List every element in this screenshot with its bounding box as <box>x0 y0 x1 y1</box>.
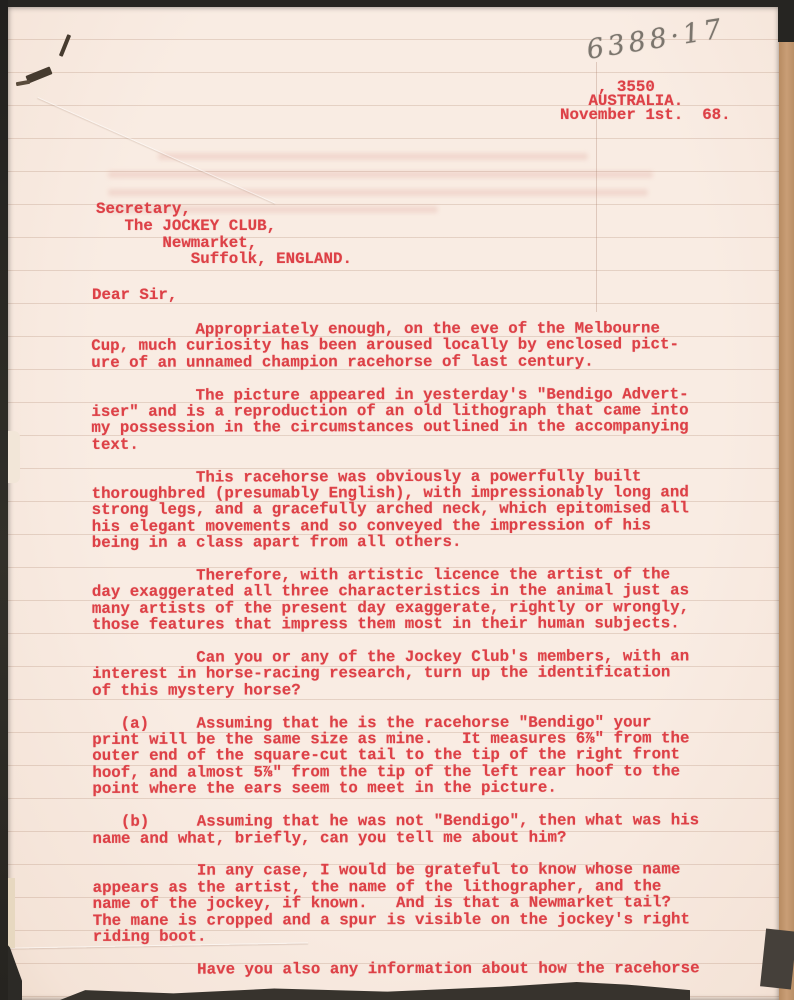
letter-paragraph: (b) Assuming that he was not "Bendigo", … <box>92 812 752 847</box>
letter-paragraph: Can you or any of the Jockey Club's memb… <box>92 648 752 699</box>
letter-line: riding boot. <box>93 927 753 945</box>
letter-paragraph: This racehorse was obviously a powerfull… <box>92 468 752 552</box>
letter-line: name and what, briefly, can you tell me … <box>92 829 752 847</box>
letter-dateline: , 3550 AUSTRALIA.November 1st. 68. <box>560 81 731 122</box>
address-line: Newmarket, <box>96 235 352 252</box>
letter-line: Cup, much curiosity has been aroused loc… <box>91 337 751 355</box>
staple-mark <box>16 80 30 86</box>
scan-background-edge <box>0 0 8 1000</box>
salutation: Dear Sir, <box>92 287 177 303</box>
letter-line: my possession in the circumstances outli… <box>91 419 751 437</box>
letter-line: being in a class apart from all others. <box>92 533 752 551</box>
ink-bleed-ghost <box>108 171 653 178</box>
recipient-address: Secretary, The JOCKEY CLUB, Newmarket, S… <box>96 201 352 268</box>
letter-line: strong legs, and a gracefully arched nec… <box>92 501 752 519</box>
letter-line: text. <box>91 435 751 453</box>
letter-line: of this mystery horse? <box>92 681 752 699</box>
address-line: Secretary, <box>96 201 352 218</box>
letter-paragraph: Appropriately enough, on the eve of the … <box>91 320 751 371</box>
letter-paragraph: (a) Assuming that he is the racehorse "B… <box>92 714 752 798</box>
scan-background-edge <box>0 0 794 7</box>
address-line: Suffolk, ENGLAND. <box>96 251 352 268</box>
scan-background-edge <box>778 0 794 42</box>
letter-line: (b) Assuming that he was not "Bendigo", … <box>92 812 752 830</box>
letter-body: Appropriately enough, on the eve of the … <box>91 320 753 978</box>
pencil-tick-mark <box>59 34 71 57</box>
address-line: The JOCKEY CLUB, <box>96 218 352 235</box>
letter-paragraph: Have you also any information about how … <box>93 960 753 978</box>
ink-bleed-ghost <box>108 189 648 196</box>
letter-line: ure of an unnamed champion racehorse of … <box>91 353 751 371</box>
torn-edge-shadow <box>760 929 794 990</box>
letter-paragraph: In any case, I would be grateful to know… <box>93 861 753 945</box>
backing-card <box>778 40 794 1000</box>
letter-paragraph: Therefore, with artistic licence the art… <box>92 566 752 633</box>
paper-crease <box>38 97 276 204</box>
scanned-letter: 6388·17 , 3550 AUSTRALIA.November 1st. 6… <box>0 0 794 1000</box>
torn-edge-notch <box>8 431 20 483</box>
letter-line: interest in horse-racing research, turn … <box>92 665 752 683</box>
letter-line: those features that impress them most in… <box>92 615 752 633</box>
dateline-line: November 1st. 68. <box>560 109 731 123</box>
letter-line: Have you also any information about how … <box>93 960 753 978</box>
letter-line: The mane is cropped and a spur is visibl… <box>93 911 753 929</box>
ink-bleed-ghost <box>158 153 588 160</box>
letter-line: point where the ears seem to meet in the… <box>92 779 752 797</box>
letter-paragraph: The picture appeared in yesterday's "Ben… <box>91 386 751 453</box>
